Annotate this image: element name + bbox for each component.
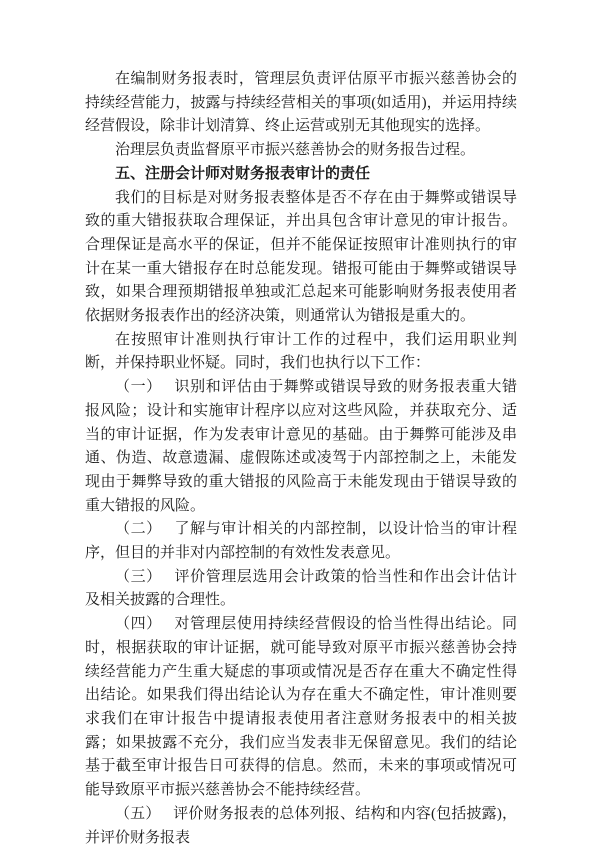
list-item-2: （二）了解与审计相关的内部控制，以设计恰当的审计程序，但目的并非对内部控制的有效… [85, 518, 517, 565]
paragraph-going-concern-responsibility: 在编制财务报表时，管理层负责评估原平市振兴慈善协会的持续经营能力，披露与持续经营… [85, 68, 517, 139]
list-item-5: （五）评价财务报表的总体列报、结构和内容(包括披露)，并评价财务报表 [85, 803, 517, 848]
section-heading-auditor-responsibility: 五、注册会计师对财务报表审计的责任 [85, 163, 517, 187]
document-page: 在编制财务报表时，管理层负责评估原平市振兴慈善协会的持续经营能力，披露与持续经营… [0, 0, 600, 848]
list-marker-2: （二） [115, 521, 162, 537]
list-item-3: （三）评价管理层选用会计政策的恰当性和作出会计估计及相关披露的合理性。 [85, 566, 517, 613]
list-item-1: （一）识别和评估由于舞弊或错误导致的财务报表重大错报风险；设计和实施审计程序以应… [85, 376, 517, 518]
list-marker-4: （四） [115, 616, 162, 632]
list-item-1-text: 识别和评估由于舞弊或错误导致的财务报表重大错报风险；设计和实施审计程序以应对这些… [85, 379, 517, 514]
paragraph-governance-oversight: 治理层负责监督原平市振兴慈善协会的财务报告过程。 [85, 139, 517, 163]
list-marker-5: （五） [115, 806, 161, 822]
list-marker-1: （一） [115, 379, 162, 395]
list-marker-3: （三） [115, 569, 162, 585]
paragraph-audit-objective: 我们的目标是对财务报表整体是否不存在由于舞弊或错误导致的重大错报获取合理保证，并… [85, 187, 517, 329]
list-item-4-text: 对管理层使用持续经营假设的恰当性得出结论。同时，根据获取的审计证据，就可能导致对… [85, 616, 517, 798]
paragraph-professional-judgment: 在按照审计准则执行审计工作的过程中，我们运用职业判断，并保持职业怀疑。同时，我们… [85, 329, 517, 376]
list-item-4: （四）对管理层使用持续经营假设的恰当性得出结论。同时，根据获取的审计证据，就可能… [85, 613, 517, 803]
